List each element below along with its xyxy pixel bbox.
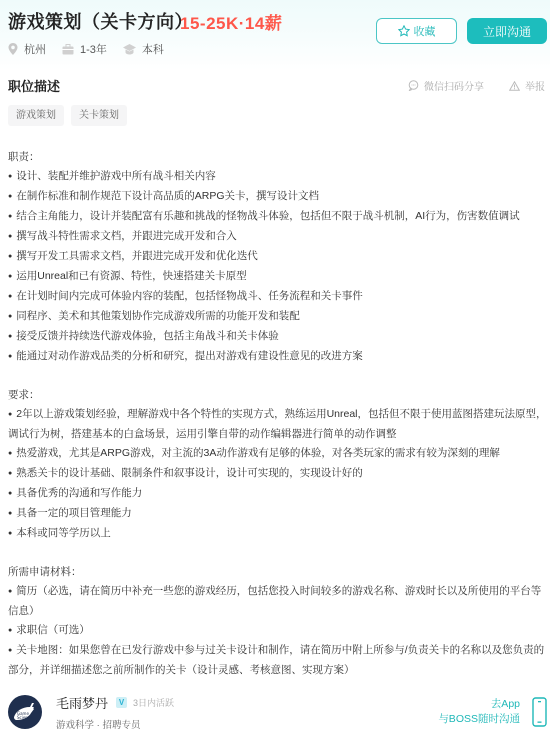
experience: 1-3年 <box>62 41 107 57</box>
experience-text: 1-3年 <box>80 41 107 57</box>
duty-item: 撰写开发工具需求文档，并跟进完成开发和优化迭代 <box>8 247 548 267</box>
wechat-share-link[interactable]: 微信扫码分享 <box>408 78 484 93</box>
duty-item: 运用Unreal和已有资源、特性，快速搭建关卡原型 <box>8 267 548 287</box>
favorite-label: 收藏 <box>414 23 436 39</box>
duties-heading: 职责： <box>8 148 548 167</box>
requirement-item: 具备一定的项目管理能力 <box>8 504 548 524</box>
location: 杭州 <box>8 41 46 57</box>
duty-item: 撰写战斗特性需求文档，并跟进完成开发和合入 <box>8 227 548 247</box>
job-description: 职责： 设计、装配并维护游戏中所有战斗相关内容 在制作标准和制作规范下设计高品质… <box>8 148 548 699</box>
recruiter-card[interactable]: Game Science 毛雨梦丹 V 3日内活跃 游戏科学 · 招聘专员 <box>8 693 174 731</box>
requirement-item: 熟悉关卡的设计基础、限制条件和叙事设计，设计可实现的，实现设计好的 <box>8 464 548 484</box>
job-tags: 游戏策划 关卡策划 <box>8 105 134 126</box>
requirements-heading: 要求： <box>8 386 548 405</box>
duty-item: 结合主角能力，设计并装配富有乐趣和挑战的怪物战斗体验，包括但不限于战斗机制，AI… <box>8 207 548 227</box>
requirement-item: 本科或同等学历以上 <box>8 524 548 544</box>
share-label: 微信扫码分享 <box>424 78 484 93</box>
recruiter-company-role: 游戏科学 · 招聘专员 <box>56 717 174 731</box>
material-item: 简历（必选，请在简历中补充一些您的游戏经历，包括您投入时间较多的游戏名称、游戏时… <box>8 582 548 621</box>
education-text: 本科 <box>142 41 164 57</box>
duty-item: 接受反馈并持续迭代游戏体验，包括主角战斗和关卡体验 <box>8 327 548 347</box>
requirements-section: 要求： 2年以上游戏策划经验，理解游戏中各个特性的实现方式，熟练运用Unreal… <box>8 386 548 544</box>
education: 本科 <box>123 41 164 57</box>
app-cta-line1: 去App <box>438 697 520 712</box>
app-cta-line2: 与BOSS随时沟通 <box>438 712 520 727</box>
job-detail-page: 游戏策划（关卡方向） 15-25K·14薪 杭州 1-3年 本科 收藏 立即沟通… <box>0 0 550 735</box>
briefcase-icon <box>62 44 74 55</box>
job-title: 游戏策划（关卡方向） <box>8 8 193 34</box>
duty-item: 能通过对动作游戏品类的分析和研究，提出对游戏有建设性意见的改进方案 <box>8 347 548 367</box>
chat-bubble-icon <box>408 80 419 91</box>
requirement-item: 2年以上游戏策划经验，理解游戏中各个特性的实现方式，熟练运用Unreal，包括但… <box>8 405 548 444</box>
location-pin-icon <box>8 43 18 55</box>
location-text: 杭州 <box>24 41 46 57</box>
material-item: 求职信（可选） <box>8 621 548 641</box>
duty-item: 在计划时间内完成可体验内容的装配，包括怪物战斗、任务流程和关卡事件 <box>8 287 548 307</box>
favorite-button[interactable]: 收藏 <box>376 18 457 44</box>
job-header: 游戏策划（关卡方向） 15-25K·14薪 杭州 1-3年 本科 收藏 立即沟通 <box>0 0 550 62</box>
materials-section: 所需申请材料： 简历（必选，请在简历中补充一些您的游戏经历，包括您投入时间较多的… <box>8 563 548 680</box>
open-app-link[interactable]: 去App 与BOSS随时沟通 <box>438 697 520 727</box>
active-status: 3日内活跃 <box>133 696 174 709</box>
recruiter-info: 毛雨梦丹 V 3日内活跃 游戏科学 · 招聘专员 <box>56 693 174 731</box>
graduation-cap-icon <box>123 44 136 55</box>
materials-heading: 所需申请材料： <box>8 563 548 582</box>
company-logo-icon: Game Science <box>8 695 42 729</box>
duty-item: 同程序、美术和其他策划协作完成游戏所需的功能开发和装配 <box>8 307 548 327</box>
requirement-item: 热爱游戏，尤其是ARPG游戏，对主流的3A动作游戏有足够的体验，对各类玩家的需求… <box>8 444 548 464</box>
tag: 游戏策划 <box>8 105 64 126</box>
verified-badge-icon: V <box>116 697 127 708</box>
salary: 15-25K·14薪 <box>180 9 282 34</box>
requirement-item: 具备优秀的沟通和写作能力 <box>8 484 548 504</box>
chat-now-button[interactable]: 立即沟通 <box>467 18 547 44</box>
report-link[interactable]: 举报 <box>509 78 545 93</box>
tag: 关卡策划 <box>71 105 127 126</box>
section-title: 职位描述 <box>8 76 60 95</box>
duties-section: 职责： 设计、装配并维护游戏中所有战斗相关内容 在制作标准和制作规范下设计高品质… <box>8 148 548 367</box>
report-label: 举报 <box>525 78 545 93</box>
recruiter-name: 毛雨梦丹 <box>56 693 108 712</box>
duty-item: 设计、装配并维护游戏中所有战斗相关内容 <box>8 167 548 187</box>
svg-text:Science: Science <box>17 715 33 720</box>
warning-triangle-icon <box>509 81 520 91</box>
duty-item: 在制作标准和制作规范下设计高品质的ARPG关卡，撰写设计文档 <box>8 187 548 207</box>
job-meta: 杭州 1-3年 本科 <box>8 41 180 57</box>
avatar[interactable]: Game Science <box>8 695 42 729</box>
mobile-phone-icon[interactable] <box>532 697 547 727</box>
material-item: 关卡地图：如果您曾在已发行游戏中参与过关卡设计和制作，请在简历中附上所参与/负责… <box>8 641 548 680</box>
star-icon <box>398 25 410 37</box>
